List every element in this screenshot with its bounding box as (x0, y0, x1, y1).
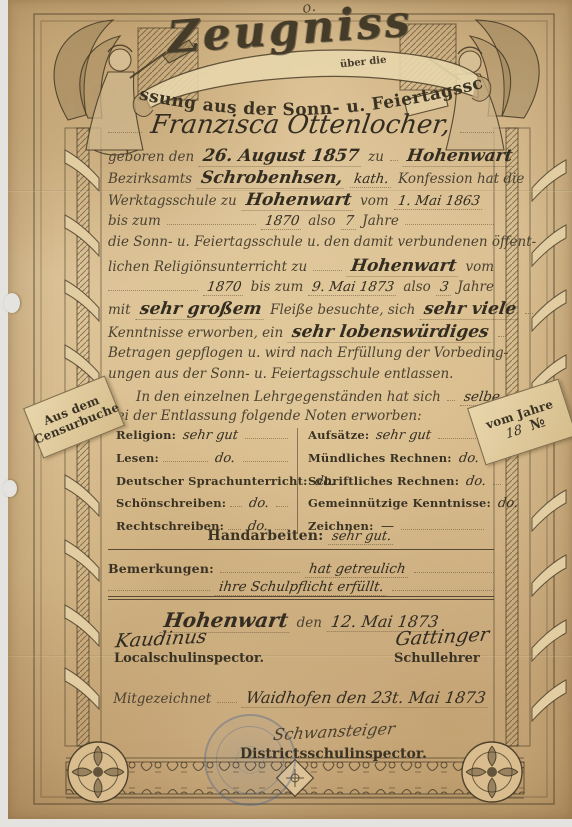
grade-value: do. (211, 451, 239, 466)
sunday-until-date: 9. Mai 1873 (308, 279, 398, 296)
paper-tear-hole (3, 480, 17, 497)
body-line-until: bis zum 1870 also 7 Jahre (108, 212, 494, 230)
body-line-sunday-duration: 1870 bis zum 9. Mai 1873 also 3 Jahre (108, 278, 494, 296)
grade-row-lesen: Lesen: do. (116, 451, 288, 466)
countersign-line: Mitgezeichnet Waidhofen den 23t. Mai 187… (108, 688, 494, 708)
subjects-intro-text: In den einzelnen Lehrgegenständen hat si… (136, 389, 441, 405)
handarbeiten-row: Handarbeiten: sehr gut. (108, 528, 494, 545)
remarks-value-1: hat getreulich (304, 561, 409, 578)
body-line-diligence: mit sehr großem Fleiße besuchte, sich se… (108, 299, 494, 320)
label-also: also (308, 213, 335, 229)
district-inspector-title: Districtsschulinspector. (240, 746, 427, 762)
remarks-line2: ihre Schulpflicht erfüllt. (108, 578, 494, 596)
label-also2: also (403, 279, 430, 295)
grades-right-column: Aufsätze: sehr gut Mündliches Rechnen: d… (308, 428, 484, 534)
label-fleisse: Fleiße besuchte, sich (270, 302, 415, 318)
grade-row-muendliches-rechnen: Mündliches Rechnen: do. (308, 451, 484, 466)
teacher-title: Schullehrer (394, 651, 480, 666)
years-count: 7 (340, 213, 357, 230)
remarks-label: Bemerkungen: (108, 561, 214, 576)
aged-paper-sheet: Entlassung aus der Sonn- u. Feiertagssch… (8, 0, 572, 819)
grade-row-gemeinnuetzige: Gemeinnützige Kenntnisse: do. (308, 496, 484, 511)
rule-below-remarks (108, 596, 494, 597)
label-geboren: geboren den (108, 149, 194, 165)
weekday-until-year: 1870 (261, 213, 304, 230)
body-line-sunday-school: die Sonn- u. Feiertagsschule u. den dami… (108, 234, 494, 250)
betragen-text: Betragen gepflogen u. wird nach Erfüllun… (108, 345, 508, 361)
sunday-years-count: 3 (436, 279, 453, 296)
birth-date: 26. August 1857 (199, 146, 364, 167)
grade-label: Schönschreiben: (116, 496, 226, 510)
scanned-certificate-page: { "doc": { "stray_mark": "o.", "title": … (0, 0, 572, 827)
rule-below-remarks-2 (108, 599, 494, 600)
handarbeiten-value: sehr gut. (328, 529, 395, 545)
signature-teacher: Gattinger (394, 624, 491, 651)
label-zu: zu (368, 149, 384, 165)
body-line-weekday-school: Werktagsschule zu Hohenwart vom 1. Mai 1… (108, 190, 494, 211)
conduct-value: sehr lobenswürdiges (288, 322, 494, 343)
grades-left-column: Religion: sehr gut Lesen: do. Deutscher … (116, 428, 288, 534)
subjects-intro2-text: bei der Entlassung folgende Noten erworb… (108, 408, 422, 424)
label-vom2: vom (465, 259, 494, 275)
rule-above-remarks (108, 549, 494, 550)
body-line-entlassen: ungen aus der Sonn- u. Feiertagsschule e… (108, 366, 494, 382)
remarks-value-2: ihre Schulpflicht erfüllt. (214, 579, 387, 596)
remarks-line1: Bemerkungen: hat getreulich (108, 560, 494, 578)
label-jahre2: Jahre (457, 279, 494, 295)
rosette-bottom-right (462, 742, 522, 802)
grade-value: do. (494, 496, 522, 511)
body-line-conduct: Kenntnisse erworben, ein sehr lobenswürd… (108, 322, 494, 343)
confession-value: kath. (350, 171, 393, 188)
grade-row-schoenschreiben: Schönschreiben: do. (116, 496, 288, 511)
local-inspector-title: Localschulinspector. (114, 651, 264, 666)
fold-crease (8, 655, 572, 657)
grade-value: sehr gut (179, 428, 242, 443)
pupil-name: Franzisca Ottenlocher, (146, 110, 455, 140)
rosette-bottom-left (68, 742, 128, 802)
grade-value: do. (245, 496, 273, 511)
sunday-school-text: die Sonn- u. Feiertagsschule u. den dami… (108, 234, 536, 250)
signature-local-inspector: Kaudinus (114, 626, 209, 653)
religion-class-place: Hohenwart (347, 256, 461, 277)
paper-tear-hole (4, 293, 20, 313)
grade-row-religion: Religion: sehr gut (116, 428, 288, 443)
body-line-district: Bezirksamts Schrobenhsen, kath. Konfessi… (108, 168, 494, 189)
grade-row-aufsaetze: Aufsätze: sehr gut (308, 428, 484, 443)
grade-label: Deutscher Sprachunterricht: (116, 474, 308, 488)
label-bis-zum: bis zum (108, 213, 161, 229)
knowledge-amount-value: sehr viele (420, 299, 521, 320)
label-konfession: Konfession hat die (398, 171, 524, 187)
district-value: Schrobenhsen, (197, 168, 347, 189)
weekday-school-place: Hohenwart (241, 190, 355, 211)
body-line-betragen: Betragen gepflogen u. wird nach Erfüllun… (108, 345, 494, 361)
label-kenntnisse: Kenntnisse erworben, ein (108, 325, 283, 341)
grade-label: Aufsätze: (308, 428, 369, 442)
body-line-born: geboren den 26. August 1857 zu Hohenwart (108, 146, 494, 167)
certificate-title: Zeugniss (166, 0, 414, 63)
grade-label: Mündliches Rechnen: (308, 451, 452, 465)
entlassen-text: ungen aus der Sonn- u. Feiertagsschule e… (108, 366, 453, 382)
grade-label: Schriftliches Rechnen: (308, 474, 459, 488)
signature-district-inspector: Schwansteiger (272, 719, 397, 744)
ribbon-number-sign: № (528, 414, 548, 434)
issue-den: den (297, 615, 322, 631)
label-jahre: Jahre (362, 213, 399, 229)
body-line-subjects-intro2: bei der Entlassung folgende Noten erworb… (108, 408, 494, 424)
diligence-value: sehr großem (135, 299, 265, 320)
grade-value: sehr gut (372, 428, 435, 443)
grade-row-sprachunterricht: Deutscher Sprachunterricht: do. (116, 474, 288, 489)
countersign-place-date: Waidhofen den 23t. Mai 1873 (242, 688, 490, 708)
handarbeiten-label: Handarbeiten: (207, 528, 323, 544)
weekday-from-date: 1. Mai 1863 (394, 193, 484, 210)
grade-value: do. (455, 451, 483, 466)
label-vom: vom (360, 193, 389, 209)
grade-row-schriftliches-rechnen: Schriftliches Rechnen: do. (308, 474, 484, 489)
label-mit: mit (108, 302, 131, 318)
birth-place: Hohenwart (402, 146, 516, 167)
label-werktagsschule: Werktagsschule zu (108, 193, 237, 209)
grade-value: do. (462, 474, 490, 489)
body-line-religion-class: lichen Religiönsunterricht zu Hohenwart … (108, 256, 494, 277)
left-censurbuch-ribbon: Aus dem Censurbuche (23, 375, 125, 458)
label-bezirksamts: Bezirksamts (108, 171, 192, 187)
label-religionsunterricht: lichen Religiönsunterricht zu (108, 259, 307, 275)
grade-label: Religion: (116, 428, 176, 442)
body-line-subjects-intro: In den einzelnen Lehrgegenständen hat si… (108, 388, 494, 406)
grade-label: Gemeinnützige Kenntnisse: (308, 496, 491, 510)
sunday-from-year: 1870 (203, 279, 246, 296)
label-bis-zum2: bis zum (251, 279, 304, 295)
countersign-label: Mitgezeichnet (113, 691, 211, 707)
subtitle-ueber-die: über die (340, 55, 387, 71)
pupil-name-line: Franzisca Ottenlocher, (108, 110, 494, 140)
grade-label: Lesen: (116, 451, 159, 465)
